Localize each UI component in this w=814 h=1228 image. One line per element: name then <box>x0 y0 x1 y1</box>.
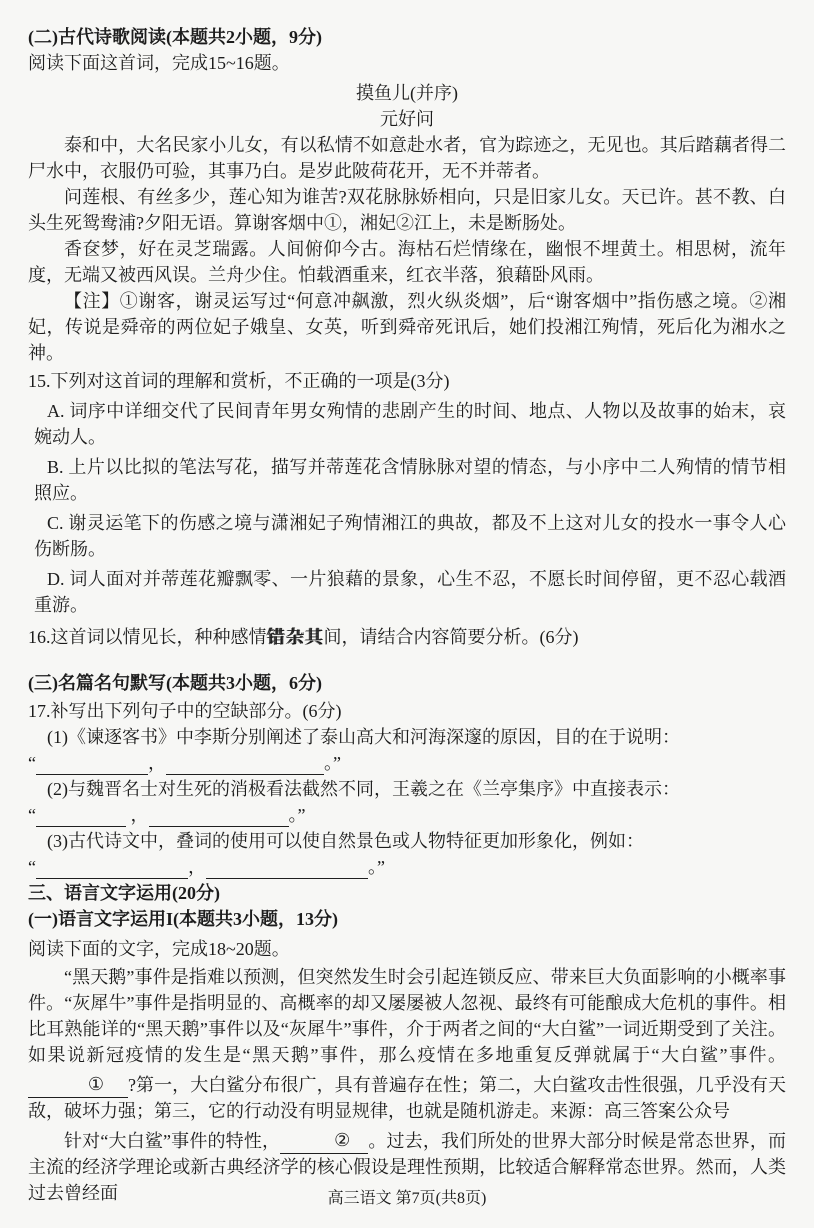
q17-item-3-stem: (3)古代诗文中，叠词的使用可以使自然景色或人物特征更加形象化，例如： <box>28 828 786 854</box>
question-15-option-a: A. 词序中详细交代了民间青年男女殉情的悲剧产生的时间、地点、人物以及故事的始末… <box>28 398 786 450</box>
end-quote: 。” <box>289 805 306 825</box>
question-16-text-post: 间，请结合内容简要分析。(6分) <box>324 627 579 647</box>
subsection-heading-language-1: (一)语言文字运用I(本题共3小题，13分) <box>28 906 786 932</box>
separator: ， <box>148 753 166 773</box>
poem-preface: 泰和中，大名民家小儿女，有以私情不如意赴水者，官为踪迹之，无见也。其后踏藕者得二… <box>28 132 786 184</box>
section-heading-dictation: (三)名篇名句默写(本题共3小题，6分) <box>28 670 786 696</box>
q17-item-2-stem: (2)与魏晋名士对生死的消极看法截然不同，王羲之在《兰亭集序》中直接表示： <box>28 776 786 802</box>
question-16-text-pre: 16.这首词以情见长，种种感情 <box>28 627 267 647</box>
answer-blank-3a <box>36 859 188 879</box>
page-footer: 高三语文 第7页(共8页) <box>0 1186 814 1212</box>
separator: ， <box>188 857 206 877</box>
question-15-option-b: B. 上片以比拟的笔法写花，描写并蒂莲花含情脉脉对望的情态，与小序中二人殉情的情… <box>28 454 786 506</box>
answer-blank-3b <box>206 859 368 879</box>
section-heading-language: 三、语言文字运用(20分) <box>28 880 786 906</box>
q17-item-1-stem: (1)《谏逐客书》中李斯分别阐述了泰山高大和河海深邃的原因，目的在于说明： <box>28 724 786 750</box>
open-quote: “ <box>28 805 36 825</box>
section-heading-poetry: (二)古代诗歌阅读(本题共2小题，9分) <box>28 24 786 50</box>
question-16-text-smudged: 错杂其 <box>267 627 324 647</box>
poem-stanza-1: 问莲根、有丝多少，莲心知为谁苦?双花脉脉娇相向，只是旧家儿女。天已许。甚不教、白… <box>28 184 786 236</box>
end-quote: 。” <box>368 857 385 877</box>
answer-blank-1b <box>166 755 324 775</box>
inline-blank-2: ② <box>280 1127 368 1154</box>
q17-item-3-blanks: “，。” <box>28 854 786 880</box>
question-15-option-d: D. 词人面对并蒂莲花瓣飘零、一片狼藉的景象，心生不忍，不愿长时间停留，更不忍心… <box>28 566 786 618</box>
inline-blank-2-label: ② <box>334 1130 350 1150</box>
question-15-stem: 15.下列对这首词的理解和赏析，不正确的一项是(3分) <box>28 368 786 394</box>
poem-title: 摸鱼儿(并序) <box>28 80 786 106</box>
answer-blank-1a <box>36 755 148 775</box>
inline-blank-1-label: ① <box>88 1074 104 1094</box>
separator: ， <box>126 805 149 825</box>
inline-blank-1: ① <box>28 1071 128 1098</box>
passage-1-text-a: “黑天鹅”事件是指难以预测，但突然发生时会引起连锁反应、带来巨大负面影响的小概率… <box>28 967 786 1065</box>
reading-instruction-poem: 阅读下面这首词，完成15~16题。 <box>28 50 786 76</box>
open-quote: “ <box>28 753 36 773</box>
passage-paragraph-1: “黑天鹅”事件是指难以预测，但突然发生时会引起连锁反应、带来巨大负面影响的小概率… <box>28 964 786 1124</box>
question-15-option-c: C. 谢灵运笔下的伤感之境与潇湘妃子殉情湘江的典故，都及不上这对儿女的投水一事令… <box>28 510 786 562</box>
poem-note: 【注】①谢客，谢灵运写过“何意冲飙激，烈火纵炎烟”，后“谢客烟中”指伤感之境。②… <box>28 288 786 366</box>
q17-item-1-blanks: “，。” <box>28 750 786 776</box>
poem-author: 元好问 <box>28 106 786 132</box>
reading-instruction-passage: 阅读下面的文字，完成18~20题。 <box>28 936 786 962</box>
passage-2-text-a: 针对“大白鲨”事件的特性， <box>64 1131 280 1151</box>
answer-blank-2b <box>149 807 289 827</box>
passage-1-text-b: ?第一，大白鲨分布很广，具有普遍存在性；第二，大白鲨攻击性很强，几乎没有天敌，破… <box>28 1075 786 1121</box>
exam-page: (二)古代诗歌阅读(本题共2小题，9分) 阅读下面这首词，完成15~16题。 摸… <box>0 0 814 1228</box>
open-quote: “ <box>28 857 36 877</box>
q17-item-2-blanks: “ ，。” <box>28 802 786 828</box>
end-quote: 。” <box>324 753 341 773</box>
answer-blank-2a <box>36 807 126 827</box>
question-16-stem: 16.这首词以情见长，种种感情错杂其间，请结合内容简要分析。(6分) <box>28 624 786 650</box>
poem-stanza-2: 香奁梦，好在灵芝瑞露。人间俯仰今古。海枯石烂情缘在，幽恨不埋黄土。相思树，流年度… <box>28 236 786 288</box>
question-17-stem: 17.补写出下列句子中的空缺部分。(6分) <box>28 698 786 724</box>
